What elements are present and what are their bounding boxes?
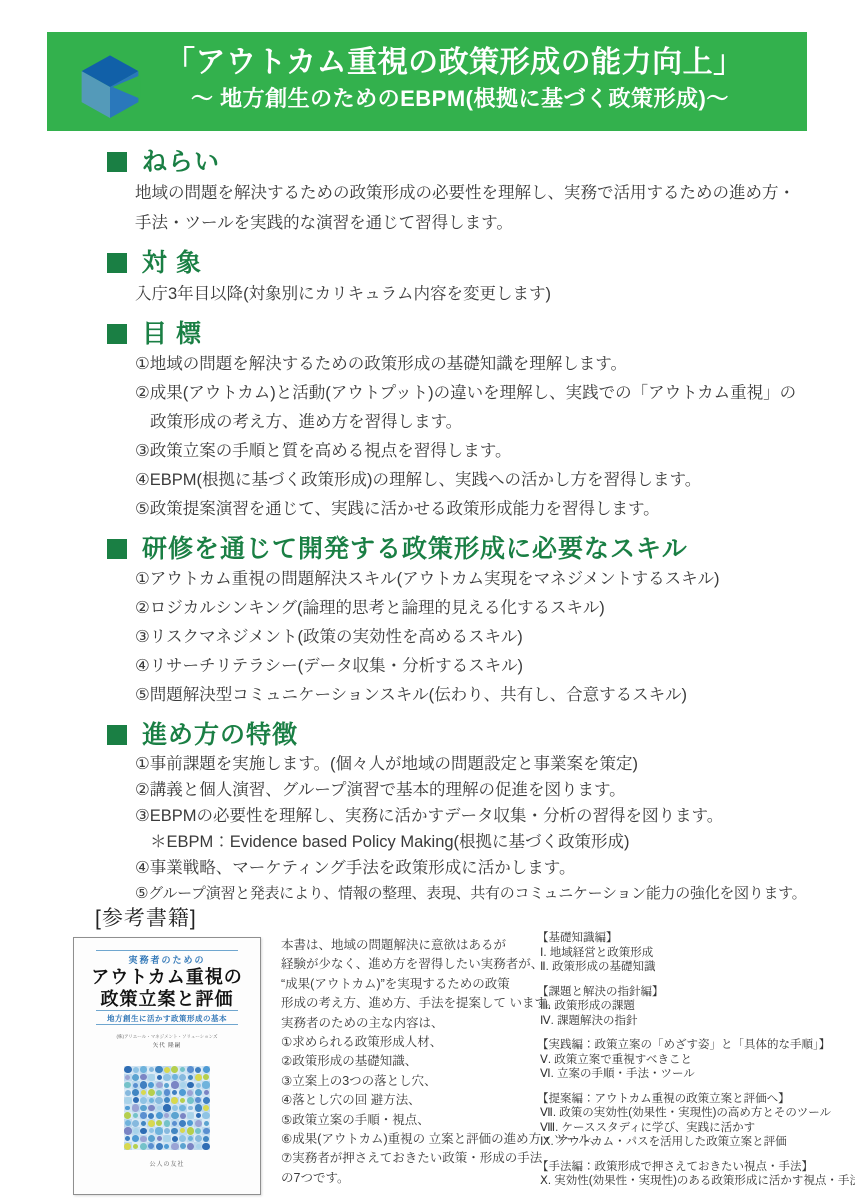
mosaic-cell <box>147 1112 155 1120</box>
description-line: ①求められる政策形成人材、 <box>281 1033 537 1052</box>
mosaic-cell <box>187 1097 195 1105</box>
mosaic-cell <box>140 1074 148 1082</box>
mosaic-cell <box>163 1074 171 1082</box>
mosaic-cell <box>124 1104 132 1112</box>
description-line: 経験が少なく、進め方を習得したい実務者が、 <box>281 955 537 974</box>
section-heading-row: ねらい <box>107 146 840 178</box>
mosaic-cell <box>163 1104 171 1112</box>
section-line: ④事業戦略、マーケティング手法を政策形成に活かします。 <box>107 855 840 881</box>
mosaic-cell <box>124 1127 132 1135</box>
mosaic-cell <box>179 1127 187 1135</box>
book-title-line2: 政策立案と評価 <box>74 988 260 1010</box>
mosaic-cell <box>155 1074 163 1082</box>
section-line: ①地域の問題を解決するための政策形成の基礎知識を理解します。 <box>107 350 840 379</box>
mosaic-cell <box>163 1081 171 1089</box>
mosaic-cell <box>124 1112 132 1120</box>
mosaic-cell <box>140 1112 148 1120</box>
mosaic-cell <box>155 1142 163 1150</box>
mosaic-cell <box>171 1135 179 1143</box>
section-bullet-icon <box>107 725 127 745</box>
mosaic-cell <box>155 1066 163 1074</box>
section-bullet-icon <box>107 152 127 172</box>
mosaic-cell <box>155 1081 163 1089</box>
section-line: ④リサーチリテラシー(データ収集・分析するスキル) <box>107 652 840 681</box>
book-rule <box>96 1024 238 1025</box>
section-heading-row: 対 象 <box>107 247 840 279</box>
mosaic-cell <box>147 1127 155 1135</box>
book-title: アウトカム重視の 政策立案と評価 <box>74 966 260 1010</box>
section-line: ⑤政策提案演習を通じて、実践に活かせる政策形成能力を習得します。 <box>107 495 840 524</box>
section-bullet-icon <box>107 539 127 559</box>
mosaic-cell <box>194 1119 202 1127</box>
mosaic-cell <box>155 1112 163 1120</box>
mosaic-cell <box>187 1119 195 1127</box>
mosaic-cell <box>171 1119 179 1127</box>
mosaic-cell <box>163 1097 171 1105</box>
mosaic-cell <box>179 1074 187 1082</box>
mosaic-cell <box>132 1097 140 1105</box>
section-line: ＊EBPM：Evidence based Policy Making(根拠に基づ… <box>107 829 840 855</box>
mosaic-cell <box>132 1081 140 1089</box>
section-heading: ねらい <box>142 148 220 176</box>
mosaic-cell <box>179 1112 187 1120</box>
toc-group-title: 【手法編：政策形成で押さえておきたい視点・手法】 <box>537 1160 855 1175</box>
mosaic-cell <box>171 1081 179 1089</box>
cube-logo-icon <box>77 54 143 120</box>
mosaic-cell <box>179 1135 187 1143</box>
mosaic-cell <box>147 1104 155 1112</box>
mosaic-cell <box>147 1119 155 1127</box>
book-rule <box>96 950 238 951</box>
header-banner: 「アウトカム重視の政策形成の能力向上」 〜 地方創生のためのEBPM(根拠に基づ… <box>47 32 807 131</box>
toc-group-title: 【基礎知識編】 <box>537 931 855 946</box>
mosaic-cell <box>140 1142 148 1150</box>
mosaic-cell <box>155 1104 163 1112</box>
description-line: ②政策形成の基礎知識、 <box>281 1052 537 1071</box>
mosaic-cell <box>194 1097 202 1105</box>
section-heading: 対 象 <box>142 249 202 277</box>
mosaic-cell <box>163 1142 171 1150</box>
toc-item: Ⅸ. アウトカム・パスを活用した政策立案と評価 <box>537 1135 855 1150</box>
mosaic-cell <box>179 1081 187 1089</box>
mosaic-cell <box>124 1135 132 1143</box>
section-line: 政策形成の考え方、進め方を習得します。 <box>107 408 840 437</box>
mosaic-cell <box>194 1089 202 1097</box>
mosaic-cell <box>132 1135 140 1143</box>
banner-title: 「アウトカム重視の政策形成の能力向上」 <box>165 43 744 83</box>
section-line: ⑤問題解決型コミュニケーションスキル(伝わり、共有し、合意するスキル) <box>107 681 840 710</box>
book-mosaic-art <box>124 1066 210 1150</box>
section-line: 入庁3年目以降(対象別にカリキュラム内容を変更します) <box>107 279 840 309</box>
book-publisher: 公人の友社 <box>74 1159 260 1168</box>
description-line: ⑥成果(アウトカム)重視の 立案と評価の進め方・ツール、 <box>281 1130 537 1149</box>
section: 対 象入庁3年目以降(対象別にカリキュラム内容を変更します) <box>107 247 840 309</box>
mosaic-cell <box>187 1104 195 1112</box>
mosaic-cell <box>202 1089 210 1097</box>
mosaic-cell <box>147 1081 155 1089</box>
section-heading: 研修を通じて開発する政策形成に必要なスキル <box>142 535 688 563</box>
section-bullet-icon <box>107 253 127 273</box>
mosaic-cell <box>194 1074 202 1082</box>
mosaic-cell <box>132 1112 140 1120</box>
mosaic-cell <box>147 1142 155 1150</box>
mosaic-cell <box>163 1066 171 1074</box>
toc-item: Ⅹ. 実効性(効果性・実現性)のある政策形成に活かす視点・手法 <box>537 1174 855 1189</box>
book-tagline: 実務者のための <box>74 953 260 966</box>
mosaic-cell <box>155 1135 163 1143</box>
mosaic-cell <box>194 1066 202 1074</box>
section-heading-row: 進め方の特徴 <box>107 719 840 751</box>
mosaic-cell <box>124 1081 132 1089</box>
section: ねらい地域の問題を解決するための政策形成の必要性を理解し、実務で活用するための進… <box>107 146 840 238</box>
toc-group: 【手法編：政策形成で押さえておきたい視点・手法】Ⅹ. 実効性(効果性・実現性)の… <box>537 1160 855 1189</box>
mosaic-cell <box>132 1119 140 1127</box>
mosaic-cell <box>194 1112 202 1120</box>
description-line: ⑦実務者が押さえておきたい政策・形成の手法 <box>281 1149 537 1168</box>
mosaic-cell <box>202 1097 210 1105</box>
section-line: ①事前課題を実施します。(個々人が地域の問題設定と事業案を策定) <box>107 751 840 777</box>
description-line: “成果(アウトカム)”を実現するための政策 <box>281 975 537 994</box>
mosaic-cell <box>171 1112 179 1120</box>
mosaic-cell <box>187 1066 195 1074</box>
mosaic-cell <box>155 1127 163 1135</box>
mosaic-cell <box>171 1127 179 1135</box>
mosaic-cell <box>124 1119 132 1127</box>
book-subtitle: 地方創生に活かす政策形成の基本 <box>74 1013 260 1024</box>
mosaic-cell <box>194 1104 202 1112</box>
mosaic-cell <box>202 1127 210 1135</box>
mosaic-cell <box>140 1081 148 1089</box>
mosaic-cell <box>124 1142 132 1150</box>
toc-item: Ⅰ. 地域経営と政策形成 <box>537 946 855 961</box>
toc-item: Ⅶ. 政策の実効性(効果性・実現性)の高め方とそのツール <box>537 1106 855 1121</box>
mosaic-cell <box>171 1074 179 1082</box>
sections: ねらい地域の問題を解決するための政策形成の必要性を理解し、実務で活用するための進… <box>107 146 840 907</box>
toc-item: Ⅵ. 立案の手順・手法・ツール <box>537 1067 855 1082</box>
mosaic-cell <box>163 1119 171 1127</box>
mosaic-cell <box>155 1119 163 1127</box>
mosaic-cell <box>147 1097 155 1105</box>
mosaic-cell <box>202 1142 210 1150</box>
description-line: ④落とし穴の回 避方法、 <box>281 1091 537 1110</box>
toc-item: Ⅳ. 課題解決の指針 <box>537 1014 855 1029</box>
mosaic-cell <box>155 1089 163 1097</box>
toc-group: 【基礎知識編】Ⅰ. 地域経営と政策形成Ⅱ. 政策形成の基礎知識 <box>537 931 855 975</box>
mosaic-cell <box>194 1127 202 1135</box>
mosaic-cell <box>202 1081 210 1089</box>
description-line: 実務者のための主な内容は、 <box>281 1014 537 1033</box>
section-heading-row: 研修を通じて開発する政策形成に必要なスキル <box>107 533 840 565</box>
mosaic-cell <box>179 1142 187 1150</box>
description-line: 形成の考え方、進め方、手法を提案して います。 <box>281 994 537 1013</box>
mosaic-cell <box>155 1097 163 1105</box>
mosaic-cell <box>194 1081 202 1089</box>
section-bullet-icon <box>107 324 127 344</box>
mosaic-cell <box>202 1066 210 1074</box>
section-line: ③EBPMの必要性を理解し、実務に活かすデータ収集・分析の習得を図ります。 <box>107 803 840 829</box>
toc-group-title: 【課題と解決の指針編】 <box>537 985 855 1000</box>
mosaic-cell <box>194 1142 202 1150</box>
section-line: ⑤グループ演習と発表により、情報の整理、表現、共有のコミュニケーション能力の強化… <box>107 881 840 907</box>
mosaic-cell <box>132 1074 140 1082</box>
mosaic-cell <box>179 1119 187 1127</box>
section-line: ①アウトカム重視の問題解決スキル(アウトカム実現をマネジメントするスキル) <box>107 565 840 594</box>
mosaic-cell <box>187 1074 195 1082</box>
toc-item: Ⅲ. 政策形成の課題 <box>537 999 855 1014</box>
mosaic-cell <box>140 1097 148 1105</box>
section: 目 標①地域の問題を解決するための政策形成の基礎知識を理解します。②成果(アウト… <box>107 318 840 524</box>
mosaic-cell <box>171 1089 179 1097</box>
mosaic-cell <box>124 1089 132 1097</box>
description-line: の7つです。 <box>281 1169 537 1188</box>
mosaic-cell <box>187 1081 195 1089</box>
mosaic-cell <box>179 1089 187 1097</box>
flyer-page: 「アウトカム重視の政策形成の能力向上」 〜 地方創生のためのEBPM(根拠に基づ… <box>0 0 855 1199</box>
mosaic-cell <box>187 1135 195 1143</box>
mosaic-cell <box>202 1135 210 1143</box>
mosaic-cell <box>132 1104 140 1112</box>
mosaic-cell <box>124 1066 132 1074</box>
description-line: ③立案上の3つの落とし穴、 <box>281 1072 537 1091</box>
section-line: 地域の問題を解決するための政策形成の必要性を理解し、実務で活用するための進め方・ <box>107 178 840 208</box>
mosaic-cell <box>124 1097 132 1105</box>
mosaic-cell <box>147 1089 155 1097</box>
mosaic-cell <box>202 1119 210 1127</box>
section-line: ③リスクマネジメント(政策の実効性を高めるスキル) <box>107 623 840 652</box>
toc-group: 【提案編：アウトカム重視の政策立案と評価へ】Ⅶ. 政策の実効性(効果性・実現性)… <box>537 1092 855 1150</box>
mosaic-cell <box>202 1074 210 1082</box>
book-cover: 実務者のための アウトカム重視の 政策立案と評価 地方創生に活かす政策形成の基本… <box>73 937 261 1195</box>
mosaic-cell <box>187 1112 195 1120</box>
description-line: 本書は、地域の問題解決に意欲はあるが <box>281 936 537 955</box>
mosaic-cell <box>132 1066 140 1074</box>
mosaic-cell <box>171 1104 179 1112</box>
section-line: ②講義と個人演習、グループ演習で基本的理解の促進を図ります。 <box>107 777 840 803</box>
mosaic-cell <box>187 1142 195 1150</box>
mosaic-cell <box>163 1112 171 1120</box>
book-rule <box>96 1010 238 1011</box>
mosaic-cell <box>132 1142 140 1150</box>
mosaic-cell <box>163 1135 171 1143</box>
mosaic-cell <box>140 1066 148 1074</box>
book-toc: 【基礎知識編】Ⅰ. 地域経営と政策形成Ⅱ. 政策形成の基礎知識【課題と解決の指針… <box>537 931 855 1199</box>
mosaic-cell <box>147 1074 155 1082</box>
toc-group-title: 【実践編：政策立案の「めざす姿」と「具体的な手順」】 <box>537 1038 855 1053</box>
mosaic-cell <box>187 1089 195 1097</box>
section-heading: 目 標 <box>142 320 202 348</box>
toc-group: 【課題と解決の指針編】Ⅲ. 政策形成の課題Ⅳ. 課題解決の指針 <box>537 985 855 1029</box>
mosaic-cell <box>171 1066 179 1074</box>
section-line: 手法・ツールを実践的な演習を通じて習得します。 <box>107 208 840 238</box>
mosaic-cell <box>171 1142 179 1150</box>
mosaic-cell <box>179 1104 187 1112</box>
section-line: ②ロジカルシンキング(論理的思考と論理的見える化するスキル) <box>107 594 840 623</box>
toc-group-title: 【提案編：アウトカム重視の政策立案と評価へ】 <box>537 1092 855 1107</box>
section-heading-row: 目 標 <box>107 318 840 350</box>
toc-item: Ⅷ. ケーススタディに学び、実践に活かす <box>537 1121 855 1136</box>
mosaic-cell <box>147 1135 155 1143</box>
mosaic-cell <box>140 1127 148 1135</box>
section: 進め方の特徴①事前課題を実施します。(個々人が地域の問題設定と事業案を策定)②講… <box>107 719 840 907</box>
book-title-line1: アウトカム重視の <box>74 966 260 988</box>
mosaic-cell <box>147 1066 155 1074</box>
book-description: 本書は、地域の問題解決に意欲はあるが経験が少なく、進め方を習得したい実務者が、“… <box>281 936 537 1188</box>
book-author: 矢代 隆嗣 <box>74 1041 260 1049</box>
toc-group: 【実践編：政策立案の「めざす姿」と「具体的な手順」】Ⅴ. 政策立案で重視すべきこ… <box>537 1038 855 1082</box>
mosaic-cell <box>171 1097 179 1105</box>
mosaic-cell <box>179 1066 187 1074</box>
section: 研修を通じて開発する政策形成に必要なスキル①アウトカム重視の問題解決スキル(アウ… <box>107 533 840 710</box>
toc-item: Ⅱ. 政策形成の基礎知識 <box>537 960 855 975</box>
section-heading: 進め方の特徴 <box>142 721 298 749</box>
section-line: ④EBPM(根拠に基づく政策形成)の理解し、実践への活かし方を習得します。 <box>107 466 840 495</box>
mosaic-cell <box>202 1112 210 1120</box>
book-author-org: (株)アリエール・マネジメント・ソリューションズ <box>74 1034 260 1040</box>
mosaic-cell <box>179 1097 187 1105</box>
mosaic-cell <box>140 1135 148 1143</box>
mosaic-cell <box>163 1127 171 1135</box>
mosaic-cell <box>194 1135 202 1143</box>
banner-subtitle: 〜 地方創生のためのEBPM(根拠に基づく政策形成)〜 <box>191 83 744 115</box>
mosaic-cell <box>140 1089 148 1097</box>
toc-item: Ⅴ. 政策立案で重視すべきこと <box>537 1053 855 1068</box>
mosaic-cell <box>140 1119 148 1127</box>
section-line: ②成果(アウトカム)と活動(アウトプット)の違いを理解し、実践での「アウトカム重… <box>107 379 840 408</box>
mosaic-cell <box>132 1127 140 1135</box>
section-line: ③政策立案の手順と質を高める視点を習得します。 <box>107 437 840 466</box>
mosaic-cell <box>187 1127 195 1135</box>
mosaic-cell <box>140 1104 148 1112</box>
mosaic-cell <box>202 1104 210 1112</box>
mosaic-cell <box>163 1089 171 1097</box>
mosaic-cell <box>124 1074 132 1082</box>
reference-label: [参考書籍] <box>95 902 197 932</box>
mosaic-cell <box>132 1089 140 1097</box>
description-line: ⑤政策立案の手順・視点、 <box>281 1111 537 1130</box>
